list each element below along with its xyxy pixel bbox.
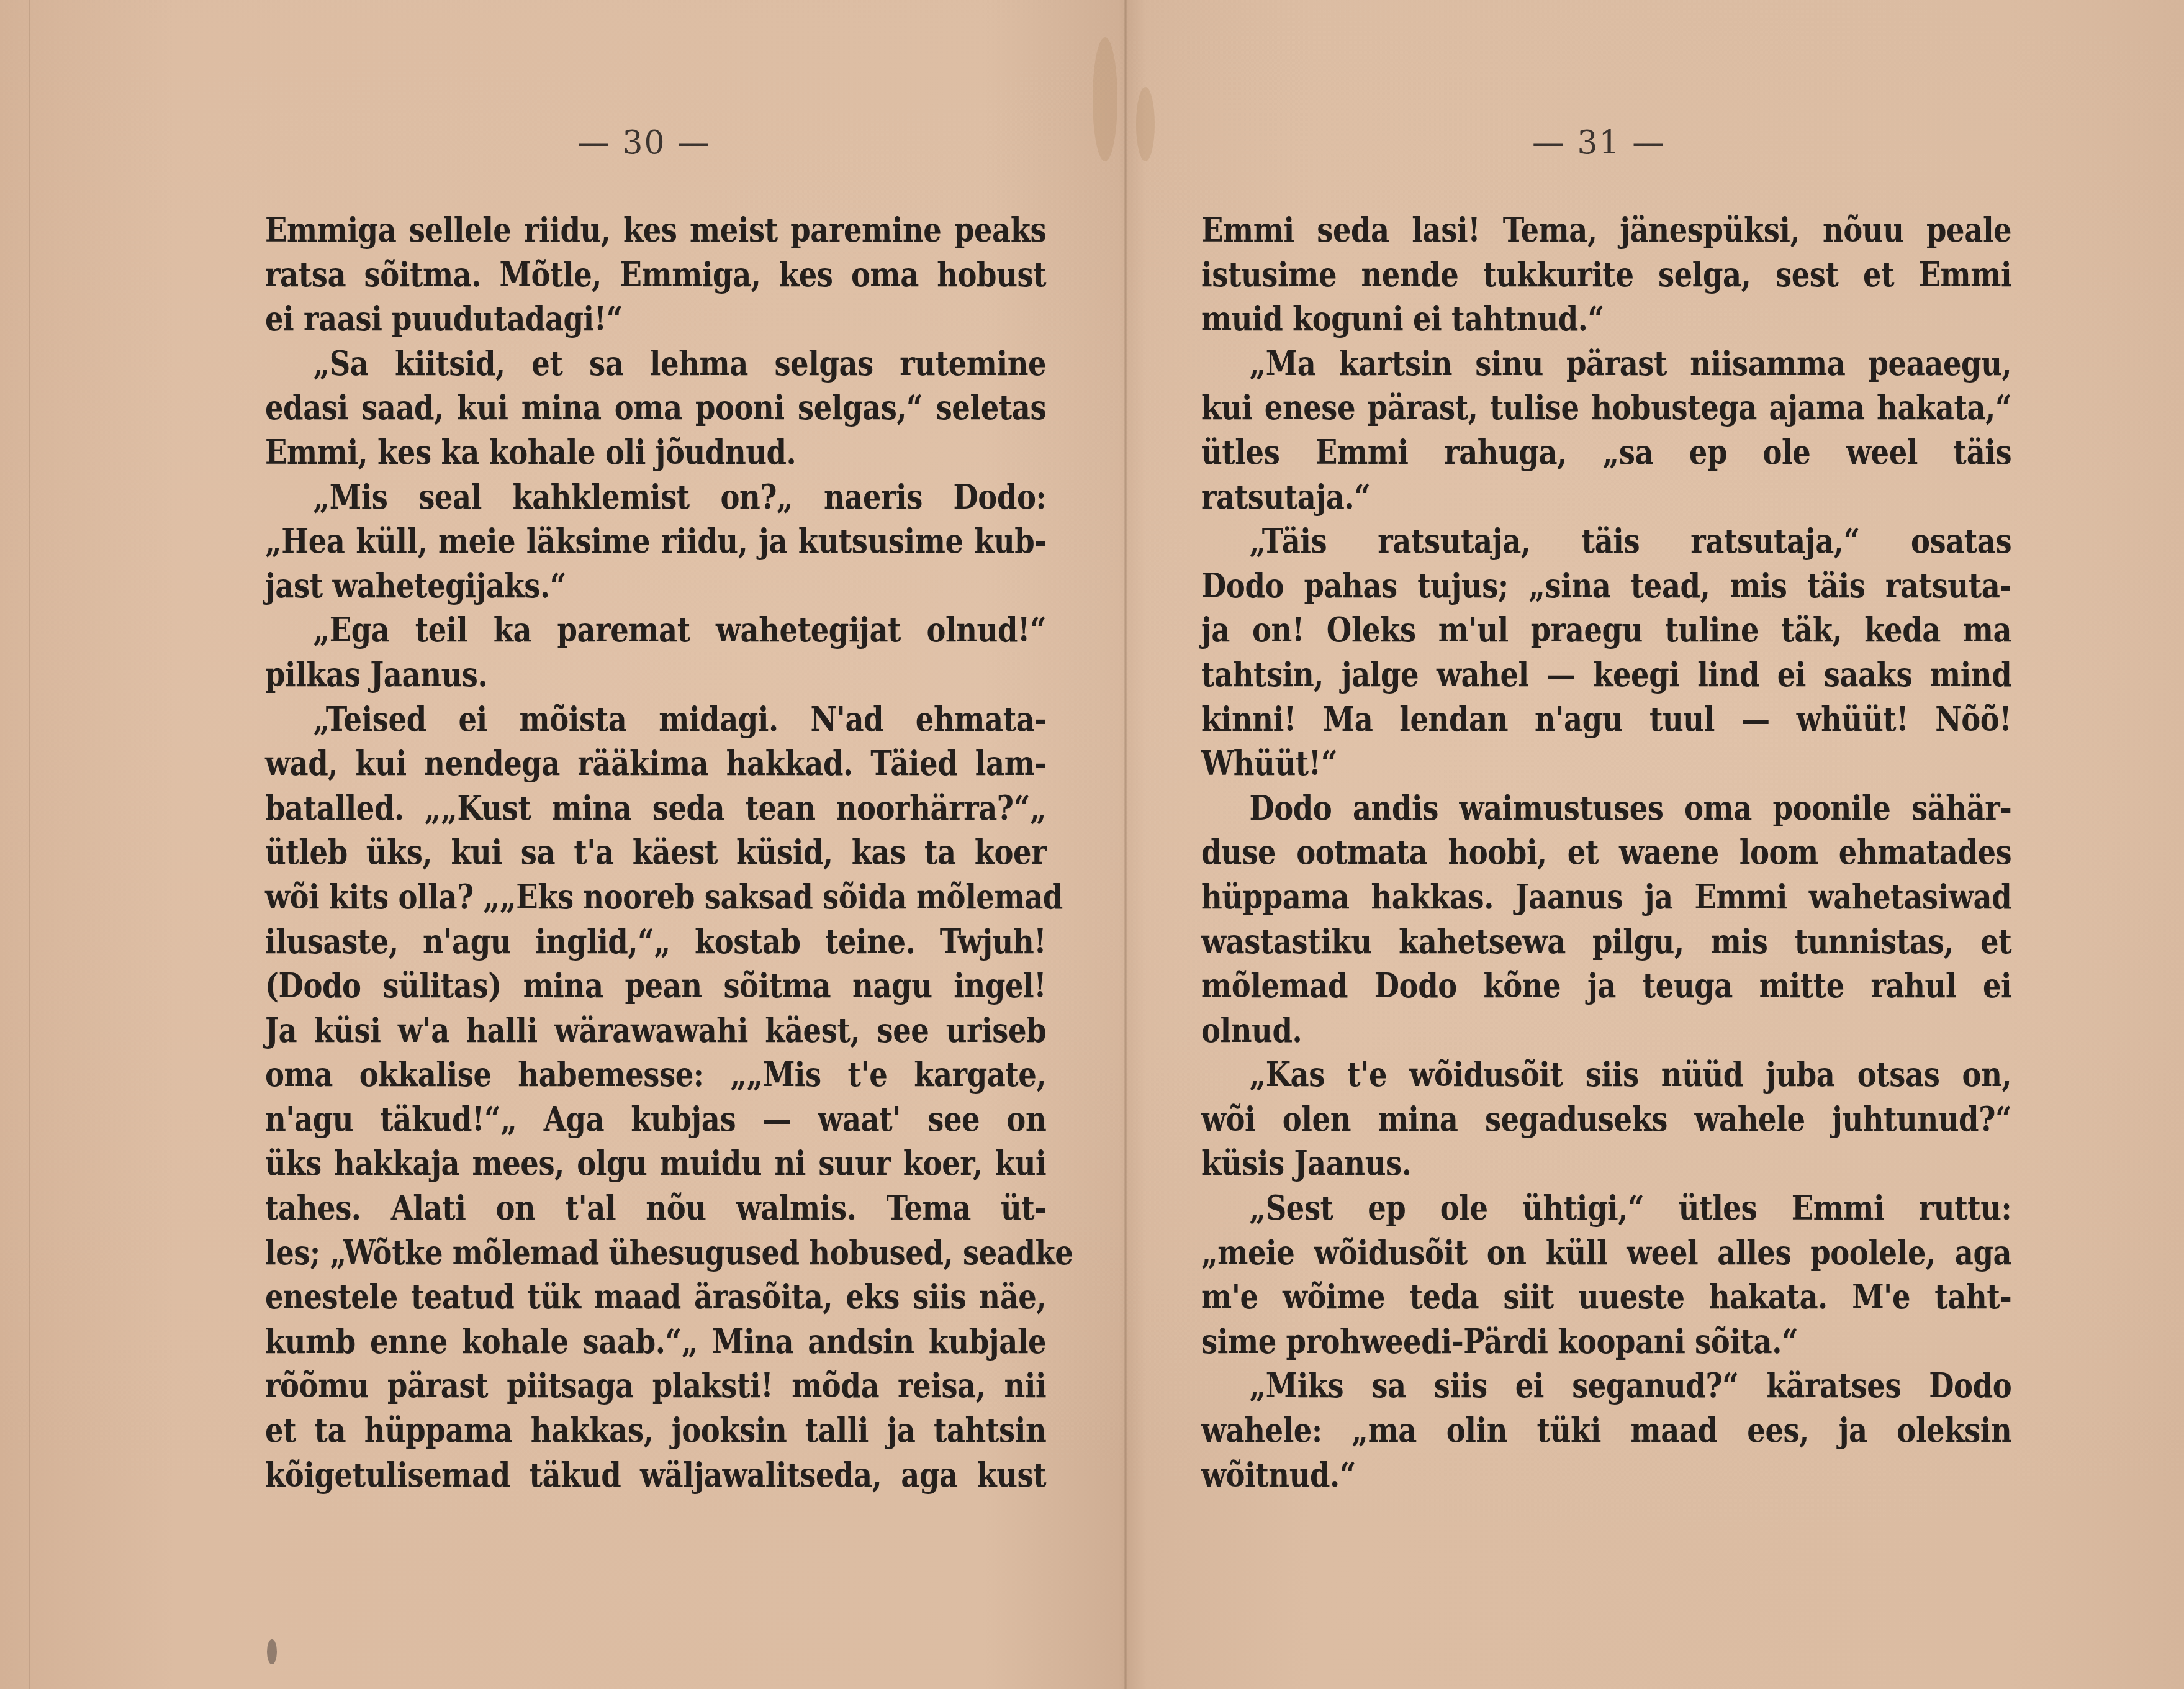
text-line: küsis Jaanus. [1201,1141,2011,1186]
right-page: — 31 — Emmi seda lasi! Tema, jänespüksi,… [1126,0,2184,1689]
page-number: — 31 — [1532,124,1666,161]
text-line: „Kas t'e wõidusõit siis nüüd juba otsas … [1201,1053,2011,1097]
book-spread: — 30 — Emmiga sellele riidu, kes meist p… [0,0,2184,1689]
text-line: mõlemad Dodo kõne ja teuga mitte rahul e… [1201,964,2011,1008]
page-body-text: Emmi seda lasi! Tema, jänespüksi, nõuu p… [1201,208,2011,1497]
text-line: Dodo andis waimustuses oma poonile sähär… [1201,786,2011,831]
text-line: enestele teatud tük maad ärasõita, eks s… [265,1275,1046,1320]
text-line: „Hea küll, meie läksime riidu, ja kutsus… [265,519,1046,564]
text-line: edasi saad, kui mina oma pooni selgas,“ … [265,386,1046,430]
text-line: ei raasi puudutadagi!“ [265,297,1046,342]
text-line: Ja küsi w'a halli wärawawahi käest, see … [265,1008,1046,1053]
text-line: „Ega teil ka paremat wahetegijat olnud!“ [265,608,1046,653]
text-line: wõi kits olla? „„Eks nooreb saksad sõida… [265,875,1046,920]
text-line: tahes. Alati on t'al nõu walmis. Tema üt… [265,1186,1046,1231]
text-line: Emmi seda lasi! Tema, jänespüksi, nõuu p… [1201,208,2011,253]
text-line: rõõmu pärast piitsaga plaksti! mõda reis… [265,1364,1046,1408]
text-line: „meie wõidusõit on küll weel alles poole… [1201,1231,2011,1275]
text-line: les; „Wõtke mõlemad ühesugused hobused, … [265,1231,1046,1275]
text-line: ja on! Oleks m'ul praegu tuline täk, ked… [1201,608,2011,653]
text-line: oma okkalise habemesse: „„Mis t'e kargat… [265,1053,1046,1097]
text-line: (Dodo sülitas) mina pean sõitma nagu ing… [265,964,1046,1008]
text-line: wad, kui nendega rääkima hakkad. Täied l… [265,741,1046,786]
text-line: sime prohweedi-Pärdi koopani sõita.“ [1201,1320,2011,1364]
text-line: Emmi, kes ka kohale oli jõudnud. [265,430,1046,475]
text-line: ratsa sõitma. Mõtle, Emmiga, kes oma hob… [265,253,1046,297]
text-line: „Mis seal kahklemist on?„ naeris Dodo: [265,475,1046,520]
text-line: wõi olen mina segaduseks wahele juhtunud… [1201,1097,2011,1142]
text-line: muid koguni ei tahtnud.“ [1201,297,2011,342]
text-line: „Täis ratsutaja, täis ratsutaja,“ osatas [1201,519,2011,564]
text-line: hüppama hakkas. Jaanus ja Emmi wahetasiw… [1201,875,2011,920]
text-line: wõitnud.“ [1201,1453,2011,1498]
text-line: kinni! Ma lendan n'agu tuul — whüüt! Nõõ… [1201,697,2011,742]
text-line: wastastiku kahetsewa pilgu, mis tunnista… [1201,920,2011,964]
text-line: duse ootmata hoobi, et waene loom ehmata… [1201,830,2011,875]
text-line: n'agu täkud!“„ Aga kubjas — waat' see on [265,1097,1046,1142]
text-line: istusime nende tukkurite selga, sest et … [1201,253,2011,297]
text-line: tahtsin, jalge wahel — keegi lind ei saa… [1201,653,2011,697]
text-line: ratsutaja.“ [1201,475,2011,520]
left-page: — 30 — Emmiga sellele riidu, kes meist p… [0,0,1126,1689]
text-line: „Sa kiitsid, et sa lehma selgas rutemine [265,342,1046,386]
text-line: Dodo pahas tujus; „sina tead, mis täis r… [1201,564,2011,609]
text-line: ütleb üks, kui sa t'a käest küsid, kas t… [265,830,1046,875]
text-line: jast wahetegijaks.“ [265,564,1046,609]
page-number: — 30 — [577,124,711,161]
text-line: „Miks sa siis ei seganud?“ käratses Dodo [1201,1364,2011,1408]
text-line: kõigetulisemad täkud wäljawalitseda, aga… [265,1453,1046,1498]
text-line: üks hakkaja mees, olgu muidu ni suur koe… [265,1141,1046,1186]
text-line: batalled. „„Kust mina seda tean noorhärr… [265,786,1046,831]
text-line: olnud. [1201,1008,2011,1053]
text-line: Emmiga sellele riidu, kes meist paremine… [265,208,1046,253]
text-line: kumb enne kohale saab.“„ Mina andsin kub… [265,1320,1046,1364]
text-line: „Teised ei mõista midagi. N'ad ehmata- [265,697,1046,742]
text-line: kui enese pärast, tulise hobustega ajama… [1201,386,2011,430]
text-line: wahele: „ma olin tüki maad ees, ja oleks… [1201,1408,2011,1453]
text-line: Whüüt!“ [1201,741,2011,786]
page-body-text: Emmiga sellele riidu, kes meist paremine… [265,208,1046,1497]
text-line: „Ma kartsin sinu pärast niisamma peaaegu… [1201,342,2011,386]
text-line: m'e wõime teda siit uueste hakata. M'e t… [1201,1275,2011,1320]
text-line: „Sest ep ole ühtigi,“ ütles Emmi ruttu: [1201,1186,2011,1231]
text-line: et ta hüppama hakkas, jooksin talli ja t… [265,1408,1046,1453]
text-line: ilusaste, n'agu inglid,“„ kostab teine. … [265,920,1046,964]
text-line: pilkas Jaanus. [265,653,1046,697]
text-line: ütles Emmi rahuga, „sa ep ole weel täis [1201,430,2011,475]
